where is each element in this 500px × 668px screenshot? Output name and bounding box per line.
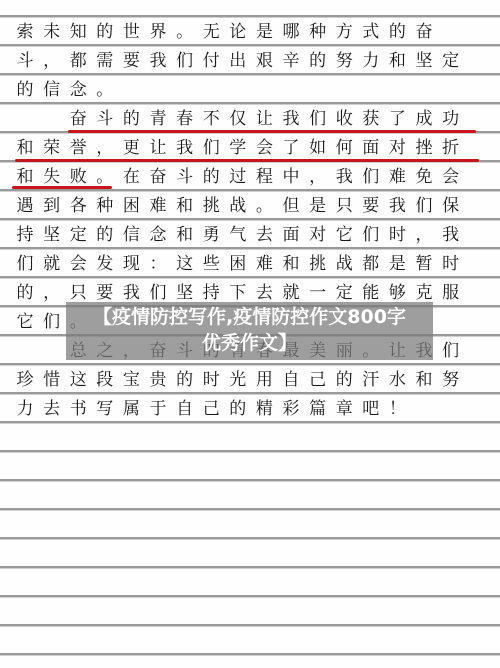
essay-char: 去 — [253, 282, 275, 304]
essay-line: 力去书写属于自己的精彩篇章吧！ — [0, 394, 500, 423]
essay-char: 出 — [227, 50, 249, 72]
essay-char: 的 — [174, 369, 196, 391]
essay-char: 汗 — [360, 369, 382, 391]
essay-char: 春 — [174, 108, 196, 130]
essay-line: 斗，都需要我们付出艰辛的努力和坚定 — [0, 46, 500, 75]
essay-char: 和 — [280, 253, 302, 275]
essay-char: 知 — [67, 21, 89, 43]
essay-char: 念 — [67, 79, 89, 101]
essay-char: 们 — [360, 166, 382, 188]
essay-char: 们 — [307, 108, 329, 130]
essay-char: 贵 — [147, 369, 169, 391]
essay-line: 珍惜这段宝贵的时光用自己的汗水和努 — [0, 365, 500, 394]
essay-char: 的 — [14, 79, 36, 101]
essay-char: 都 — [67, 50, 89, 72]
essay-char: 学 — [227, 137, 249, 159]
essay-char: 们 — [41, 311, 63, 333]
essay-char: 。 — [94, 166, 116, 188]
essay-char: 勇 — [200, 224, 222, 246]
ruled-line — [0, 653, 500, 655]
essay-char: 们 — [413, 195, 435, 217]
essay-char: 这 — [67, 369, 89, 391]
essay-char: 会 — [253, 137, 275, 159]
essay-char: 难 — [253, 253, 275, 275]
essay-char: 种 — [307, 21, 329, 43]
essay-char: 获 — [360, 108, 382, 130]
essay-char: ， — [41, 282, 63, 304]
essay-char: 惜 — [41, 369, 63, 391]
essay-char: 会 — [440, 166, 462, 188]
title-line-2: 优秀作文】 — [66, 330, 433, 356]
essay-char: 让 — [147, 137, 169, 159]
essay-char: 宝 — [120, 369, 142, 391]
essay-char: 章 — [333, 398, 355, 420]
essay-char: 自 — [174, 398, 196, 420]
essay-char: 奋 — [147, 166, 169, 188]
essay-char: ： — [147, 253, 169, 275]
essay-char: 书 — [67, 398, 89, 420]
essay-char: 辛 — [280, 50, 302, 72]
essay-char: 持 — [14, 224, 36, 246]
essay-char: 世 — [120, 21, 142, 43]
essay-char: 式 — [360, 21, 382, 43]
essay-char: 的 — [14, 282, 36, 304]
essay-char: 一 — [307, 282, 329, 304]
essay-char: 在 — [120, 166, 142, 188]
essay-char: 们 — [14, 253, 36, 275]
essay-char: 下 — [227, 282, 249, 304]
title-line-1: 【疫情防控写作,疫情防控作文800字 — [66, 304, 433, 330]
essay-char: 挑 — [307, 253, 329, 275]
essay-line: 遇到各种困难和挑战。但是只要我们保 — [0, 191, 500, 220]
essay-char: 的 — [307, 50, 329, 72]
red-underline-2 — [15, 159, 479, 162]
essay-char: 战 — [227, 195, 249, 217]
essay-char: 功 — [440, 108, 462, 130]
essay-char: 和 — [14, 166, 36, 188]
essay-char: 要 — [360, 195, 382, 217]
essay-char: 篇 — [307, 398, 329, 420]
essay-char: 面 — [280, 224, 302, 246]
essay-char: 艰 — [253, 50, 275, 72]
essay-char: 奋 — [413, 21, 435, 43]
essay-char: 保 — [440, 195, 462, 217]
essay-char: 是 — [253, 21, 275, 43]
essay-char: 过 — [227, 166, 249, 188]
essay-char: ！ — [386, 398, 408, 420]
essay-char: 奋 — [67, 108, 89, 130]
essay-char: 去 — [253, 224, 275, 246]
essay-char: 它 — [14, 311, 36, 333]
essay-char: 但 — [280, 195, 302, 217]
essay-char: 精 — [253, 398, 275, 420]
essay-char: 吧 — [360, 398, 382, 420]
essay-char: 程 — [253, 166, 275, 188]
essay-char: 成 — [413, 108, 435, 130]
essay-char: 信 — [41, 79, 63, 101]
essay-char: 力 — [14, 398, 36, 420]
essay-char: 时 — [200, 369, 222, 391]
red-underline-3 — [12, 186, 112, 189]
essay-char: 光 — [227, 369, 249, 391]
essay-char: 遇 — [14, 195, 36, 217]
essay-char: 就 — [280, 282, 302, 304]
essay-char: 写 — [94, 398, 116, 420]
essay-char: 服 — [440, 282, 462, 304]
essay-char: 去 — [41, 398, 63, 420]
essay-char: 哪 — [280, 21, 302, 43]
essay-char: 暂 — [413, 253, 435, 275]
essay-char: 我 — [386, 195, 408, 217]
essay-char: 力 — [360, 50, 382, 72]
essay-line: 奋斗的青春不仅让我们收获了成功 — [0, 104, 500, 133]
essay-char: 的 — [120, 108, 142, 130]
essay-char: 们 — [360, 224, 382, 246]
title-overlay-text: 【疫情防控写作,疫情防控作文800字 优秀作文】 — [66, 304, 433, 356]
essay-char: 了 — [386, 108, 408, 130]
essay-char: 于 — [147, 398, 169, 420]
essay-char: 无 — [200, 21, 222, 43]
ruled-line — [0, 479, 500, 481]
essay-char: 努 — [440, 369, 462, 391]
essay-char: 都 — [360, 253, 382, 275]
essay-line: 的信念。 — [0, 75, 500, 104]
essay-char: 荣 — [41, 137, 63, 159]
ruled-line — [0, 595, 500, 597]
essay-char: 己 — [307, 369, 329, 391]
essay-char: 。 — [253, 195, 275, 217]
essay-char: 我 — [147, 50, 169, 72]
essay-char: 念 — [147, 224, 169, 246]
essay-char: 和 — [14, 137, 36, 159]
essay-char: 到 — [41, 195, 63, 217]
essay-char: 败 — [67, 166, 89, 188]
essay-char: 和 — [174, 195, 196, 217]
essay-char: 的 — [200, 166, 222, 188]
essay-char: 各 — [67, 195, 89, 217]
essay-char: 免 — [413, 166, 435, 188]
ruled-line — [0, 624, 500, 626]
essay-char: 发 — [94, 253, 116, 275]
essay-char: 中 — [280, 166, 302, 188]
essay-char: 的 — [333, 369, 355, 391]
essay-char: 要 — [94, 282, 116, 304]
essay-char: 。 — [94, 79, 116, 101]
essay-char: 时 — [386, 224, 408, 246]
essay-char: 们 — [200, 137, 222, 159]
essay-char: 种 — [94, 195, 116, 217]
essay-char: 和 — [386, 50, 408, 72]
essay-line: 们就会发现：这些困难和挑战都是暂时 — [0, 249, 500, 278]
essay-char: 我 — [333, 166, 355, 188]
essay-char: 信 — [120, 224, 142, 246]
essay-char: 挫 — [413, 137, 435, 159]
essay-char: ， — [41, 50, 63, 72]
essay-char: 仅 — [227, 108, 249, 130]
essay-char: 誉 — [67, 137, 89, 159]
essay-char: 难 — [386, 166, 408, 188]
essay-char: 界 — [147, 21, 169, 43]
essay-char: 己 — [200, 398, 222, 420]
essay-char: 青 — [147, 108, 169, 130]
essay-char: 坚 — [413, 50, 435, 72]
essay-char: 这 — [174, 253, 196, 275]
ruled-line — [0, 508, 500, 510]
essay-char: 坚 — [174, 282, 196, 304]
essay-char: 论 — [227, 21, 249, 43]
essay-char: 方 — [333, 21, 355, 43]
essay-char: 对 — [307, 224, 329, 246]
essay-char: 时 — [440, 253, 462, 275]
essay-char: 定 — [67, 224, 89, 246]
essay-char: 是 — [386, 253, 408, 275]
essay-char: 我 — [174, 137, 196, 159]
essay-char: 挑 — [200, 195, 222, 217]
essay-char: 的 — [94, 224, 116, 246]
essay-char: 更 — [120, 137, 142, 159]
essay-char: 克 — [413, 282, 435, 304]
ruled-line — [0, 450, 500, 452]
essay-char: 努 — [333, 50, 355, 72]
essay-char: 我 — [280, 108, 302, 130]
essay-char: 对 — [386, 137, 408, 159]
essay-line: 索未知的世界。无论是哪种方式的奋 — [0, 17, 500, 46]
essay-char: 只 — [333, 195, 355, 217]
essay-char: 失 — [41, 166, 63, 188]
essay-char: ， — [413, 224, 435, 246]
red-underline-1 — [68, 130, 476, 133]
essay-line: 和荣誉，更让我们学会了如何面对挫折 — [0, 133, 500, 162]
essay-char: 斗 — [14, 50, 36, 72]
ruled-line — [0, 537, 500, 539]
essay-char: 和 — [174, 224, 196, 246]
essay-char: 定 — [333, 282, 355, 304]
ruled-line — [0, 566, 500, 568]
essay-char: 困 — [227, 253, 249, 275]
essay-char: 斗 — [174, 166, 196, 188]
essay-char: 难 — [147, 195, 169, 217]
essay-char: 属 — [120, 398, 142, 420]
essay-char: 收 — [333, 108, 355, 130]
essay-char: 是 — [307, 195, 329, 217]
essay-char: 段 — [94, 369, 116, 391]
essay-char: 彩 — [280, 398, 302, 420]
essay-char: 用 — [253, 369, 275, 391]
essay-char: 些 — [200, 253, 222, 275]
essay-char: 索 — [14, 21, 36, 43]
essay-char: 的 — [94, 21, 116, 43]
essay-char: 和 — [413, 369, 435, 391]
essay-char: 气 — [227, 224, 249, 246]
essay-char: 不 — [200, 108, 222, 130]
essay-char: 坚 — [41, 224, 63, 246]
essay-char: 能 — [360, 282, 382, 304]
essay-char: 困 — [120, 195, 142, 217]
essay-char: 的 — [227, 398, 249, 420]
essay-char: 了 — [280, 137, 302, 159]
essay-char: 我 — [440, 224, 462, 246]
essay-char: 让 — [253, 108, 275, 130]
essay-char: 斗 — [94, 108, 116, 130]
essay-char: 要 — [120, 50, 142, 72]
essay-char: 自 — [280, 369, 302, 391]
essay-char: 折 — [440, 137, 462, 159]
essay-char: 们 — [147, 282, 169, 304]
essay-char: 持 — [200, 282, 222, 304]
essay-char: ， — [307, 166, 329, 188]
essay-char: 就 — [41, 253, 63, 275]
essay-char: 未 — [41, 21, 63, 43]
essay-char: 面 — [360, 137, 382, 159]
essay-char: ， — [94, 137, 116, 159]
essay-char: 水 — [386, 369, 408, 391]
essay-char: 何 — [333, 137, 355, 159]
essay-char: 现 — [120, 253, 142, 275]
essay-char: 我 — [120, 282, 142, 304]
essay-char: 。 — [174, 21, 196, 43]
essay-char: 珍 — [14, 369, 36, 391]
essay-char: 够 — [386, 282, 408, 304]
essay-line: 持坚定的信念和勇气去面对它们时，我 — [0, 220, 500, 249]
essay-char: 定 — [440, 50, 462, 72]
essay-char: 战 — [333, 253, 355, 275]
essay-char: 的 — [386, 21, 408, 43]
essay-char: 如 — [307, 137, 329, 159]
essay-char: 们 — [174, 50, 196, 72]
essay-char: 付 — [200, 50, 222, 72]
essay-char: 只 — [67, 282, 89, 304]
essay-char: 需 — [94, 50, 116, 72]
essay-char: 它 — [333, 224, 355, 246]
essay-char: 会 — [67, 253, 89, 275]
essay-char: 们 — [440, 340, 462, 362]
